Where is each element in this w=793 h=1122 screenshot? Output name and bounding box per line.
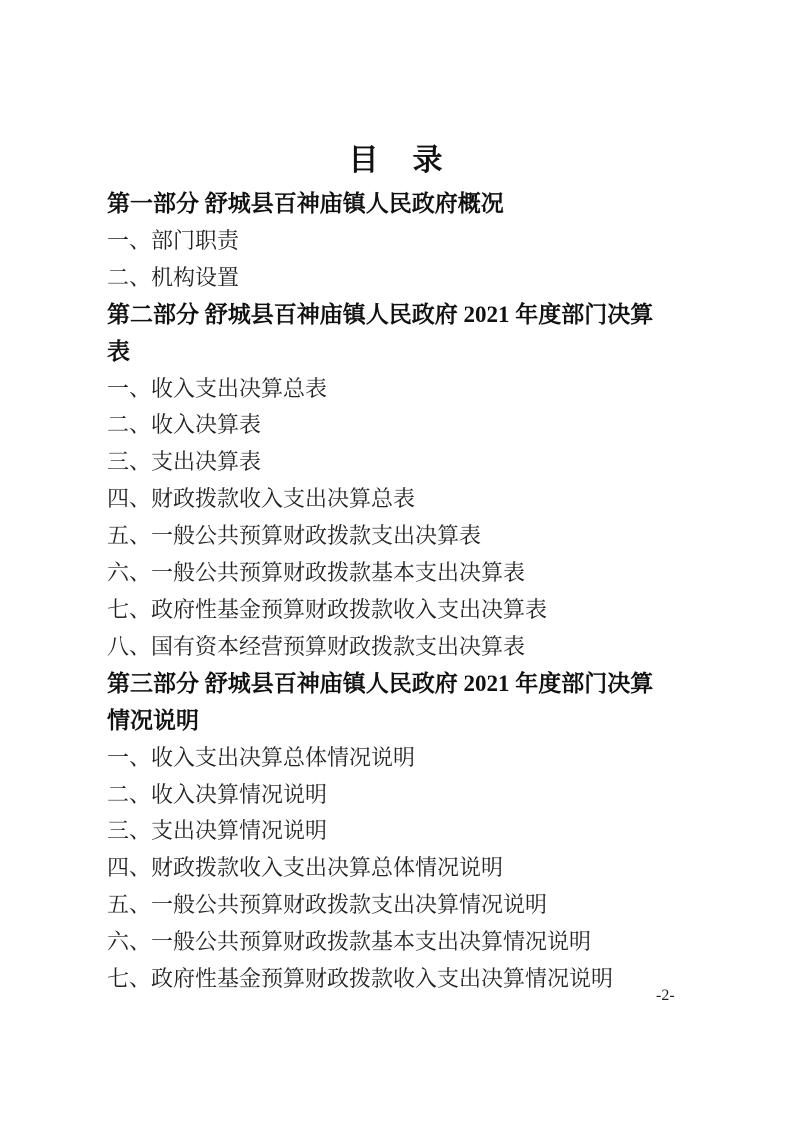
toc-entry: 一、收入支出决算总体情况说明 — [107, 740, 686, 777]
toc-entry: 二、机构设置 — [107, 260, 686, 297]
toc-entry: 四、财政拨款收入支出决算总表 — [107, 481, 686, 518]
toc-entry: 七、政府性基金预算财政拨款收入支出决算表 — [107, 592, 686, 629]
toc-entry: 二、收入决算情况说明 — [107, 777, 686, 814]
toc-entry: 二、收入决算表 — [107, 407, 686, 444]
toc-entry: 六、一般公共预算财政拨款基本支出决算情况说明 — [107, 924, 686, 961]
toc-entry: 一、部门职责 — [107, 223, 686, 260]
toc-content: 目 录 第一部分 舒城县百神庙镇人民政府概况 一、部门职责 二、机构设置 第二部… — [107, 136, 686, 998]
toc-entry: 五、一般公共预算财政拨款支出决算情况说明 — [107, 887, 686, 924]
section-3-heading-line-2: 情况说明 — [107, 703, 686, 740]
toc-entry: 四、财政拨款收入支出决算总体情况说明 — [107, 850, 686, 887]
section-1-heading: 第一部分 舒城县百神庙镇人民政府概况 — [107, 186, 686, 223]
toc-entry: 七、政府性基金预算财政拨款收入支出决算情况说明 — [107, 961, 686, 998]
toc-entry: 三、支出决算表 — [107, 444, 686, 481]
toc-entry: 五、一般公共预算财政拨款支出决算表 — [107, 518, 686, 555]
section-2-heading-line-1: 第二部分 舒城县百神庙镇人民政府 2021 年度部门决算 — [107, 297, 686, 334]
section-2-heading-line-2: 表 — [107, 334, 686, 371]
toc-entry: 八、国有资本经营预算财政拨款支出决算表 — [107, 629, 686, 666]
page-number: -2- — [656, 984, 675, 1008]
section-3-heading-line-1: 第三部分 舒城县百神庙镇人民政府 2021 年度部门决算 — [107, 666, 686, 703]
toc-entry: 六、一般公共预算财政拨款基本支出决算表 — [107, 555, 686, 592]
toc-entry: 三、支出决算情况说明 — [107, 813, 686, 850]
page-title: 目 录 — [107, 136, 686, 186]
toc-entry: 一、收入支出决算总表 — [107, 371, 686, 408]
document-page: 目 录 第一部分 舒城县百神庙镇人民政府概况 一、部门职责 二、机构设置 第二部… — [0, 0, 793, 1122]
